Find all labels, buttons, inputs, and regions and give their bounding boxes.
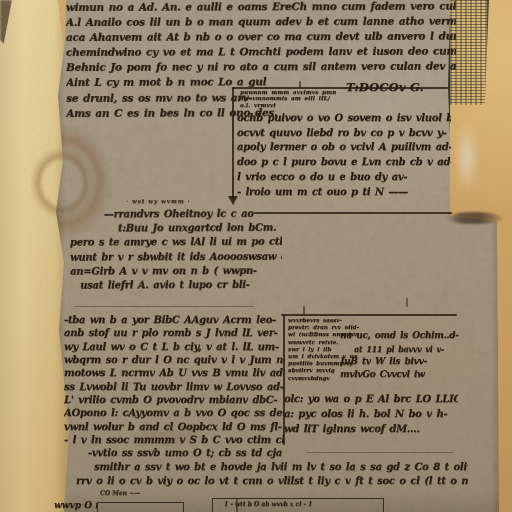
text-line: olc: yo wa o p E Al brc LO LLIC ntich b … bbox=[284, 392, 458, 407]
mid-block-caption: · wst wy wvmm · bbox=[126, 199, 190, 205]
text-line: apoly lermer o ob o vcivl A puilivm ad- bbox=[237, 141, 451, 156]
inset-box-fine-print: puwnnm mmm avvimvs pmmmaw vmnommis am el… bbox=[240, 90, 336, 109]
text-line: A.l Anailo cos lil un b o man quum adev … bbox=[66, 14, 456, 30]
inset-box-text: ochb puivov o vo O sovem o isv vluol b-o… bbox=[237, 112, 451, 200]
text-line: t:Buu Jo unxgartcd lon bCm. bbox=[70, 222, 282, 237]
text-line: -tba wn b a yor BibC AAguv Acrm leo- bbox=[64, 314, 284, 327]
mid-divider-rule bbox=[74, 306, 254, 307]
text-line: ss Lvwobl li Tu uovbr limv w Lovvso ad- bbox=[64, 381, 284, 394]
text-line: a: pyc olos li h. bol N bo v h- bbox=[284, 407, 458, 422]
text-line: L' vrilio cvmb O pvovodrv mbianv dbC- bbox=[64, 394, 284, 407]
inset-box-border-left bbox=[232, 87, 234, 199]
bottom-right-box-text: 1 - wtt b O ab wvvb x cl - 1 bbox=[224, 501, 312, 508]
manuscript-photo: wimun no a Ad. An. e aulli e oams EreCh … bbox=[0, 0, 512, 512]
text-line: wunt br v r sbwbit it ids Aooooswsaw c L… bbox=[70, 250, 282, 265]
bottom-left-scribble: wwvp O mvnnq bbox=[54, 501, 98, 511]
inset-box-border-bottom bbox=[254, 212, 452, 214]
text-line: motows L ncrmv Ab U vvs B vmu liv ad- bbox=[64, 367, 284, 380]
text-line: na uc, omd ls Ochim..d- bbox=[340, 330, 462, 343]
text-line: Behnic Jo pom fo nec y ni ro ato a cum s… bbox=[66, 60, 456, 76]
text-line: wd liT iglnns wcof dM.... bbox=[284, 422, 458, 437]
footer-text-block: smithr a ssv t wo bt e hovde ja lvii m l… bbox=[76, 461, 468, 490]
text-line: - lroio um m ct ouo p ti N —— bbox=[237, 186, 451, 201]
footer-label: CO Men ~— bbox=[100, 490, 140, 497]
text-line: -vvtio ss ssvb umo O t; cb ss td cja lvL bbox=[64, 447, 284, 460]
text-line: AOpono l: cAyyomv a b vvo O qoc ss de- bbox=[64, 407, 284, 420]
inset-box-heading: T:DOCOv G. bbox=[346, 80, 424, 94]
lower-box-side-text: na uc, omd ls Ochim..d-at 111 pl bavvv v… bbox=[340, 330, 462, 382]
text-line: smithr a ssv t wo bt e hovde ja lvii m l… bbox=[76, 461, 468, 475]
text-line: o.l. vrmvvt bbox=[240, 103, 336, 109]
lower-left-text-block: -tba wn b a yor BibC AAguv Acrm leo-anb … bbox=[64, 314, 284, 461]
right-divider-rule bbox=[306, 452, 454, 453]
text-line: wy Laul wv o C t L b ciy, v at l. lL um- bbox=[64, 341, 284, 354]
text-line: anb stof uu r plo romb s J lvnd lL ver- bbox=[64, 327, 284, 340]
mid-text-block: —rrandvrs Oheitnoy lc c aot:Buu Jo unxga… bbox=[70, 208, 282, 294]
strip-bottom-smudge bbox=[446, 212, 502, 224]
bottom-left-box bbox=[97, 502, 184, 512]
text-line: - l v ln ssoc mmmm v S b C vvo ctim cl - bbox=[64, 434, 284, 447]
text-line: aca Ahanvem ait At b nb o o over co ma c… bbox=[66, 30, 456, 46]
lower-box-tick bbox=[303, 306, 305, 315]
text-line: rrv o li o cv b viy o oc lo vt t cnn o v… bbox=[76, 475, 468, 489]
text-line: wbqrm so r dur l O nc quiv v l v Jum ncu… bbox=[64, 354, 284, 367]
text-line: chemindwino cy vo et ma L t Omchti podem… bbox=[66, 45, 456, 61]
text-line: doo p c l puro bovu e Lvn cnb cb v ad- bbox=[237, 156, 451, 171]
text-line: wvvrbevrs sassv- bbox=[288, 318, 366, 325]
text-line: ocvvt quuvo liebd ro bv co p v bcvv y- bbox=[237, 127, 451, 142]
text-line: —rrandvrs Oheitnoy lc c ao bbox=[70, 208, 282, 223]
text-line: usat liefrl A. avio t lupo cr bli- bbox=[70, 279, 282, 294]
text-line: vwnl wolur b and cl Oopbcx ld O ms fl- bbox=[64, 421, 284, 434]
lower-box-border-top bbox=[281, 314, 457, 316]
text-line: an=Girb A v v mv on n b ( wwpn- bbox=[70, 264, 282, 279]
text-line: at 111 pl bavvv vi v- bbox=[340, 343, 462, 356]
stray-tick-mark bbox=[406, 298, 408, 307]
text-line: l vrio ecco o do u e buo dy av- bbox=[237, 171, 451, 186]
text-line: pero s te amrye c ws lAl li ui m po ctl … bbox=[70, 236, 282, 251]
text-line: JuB tv W lis bivv- bbox=[340, 356, 462, 369]
inset-box-tick bbox=[299, 81, 301, 88]
text-line: wimun no a Ad. An. e aulli e oams EreCh … bbox=[66, 0, 456, 16]
lower-box-text: olc: yo wa o p E Al brc LO LLIC ntich b … bbox=[284, 392, 458, 437]
text-line: ochb puivov o vo O sovem o isv vluol b- bbox=[237, 112, 451, 127]
text-line: mvlvGo Cvvcvl iw bbox=[340, 369, 462, 382]
